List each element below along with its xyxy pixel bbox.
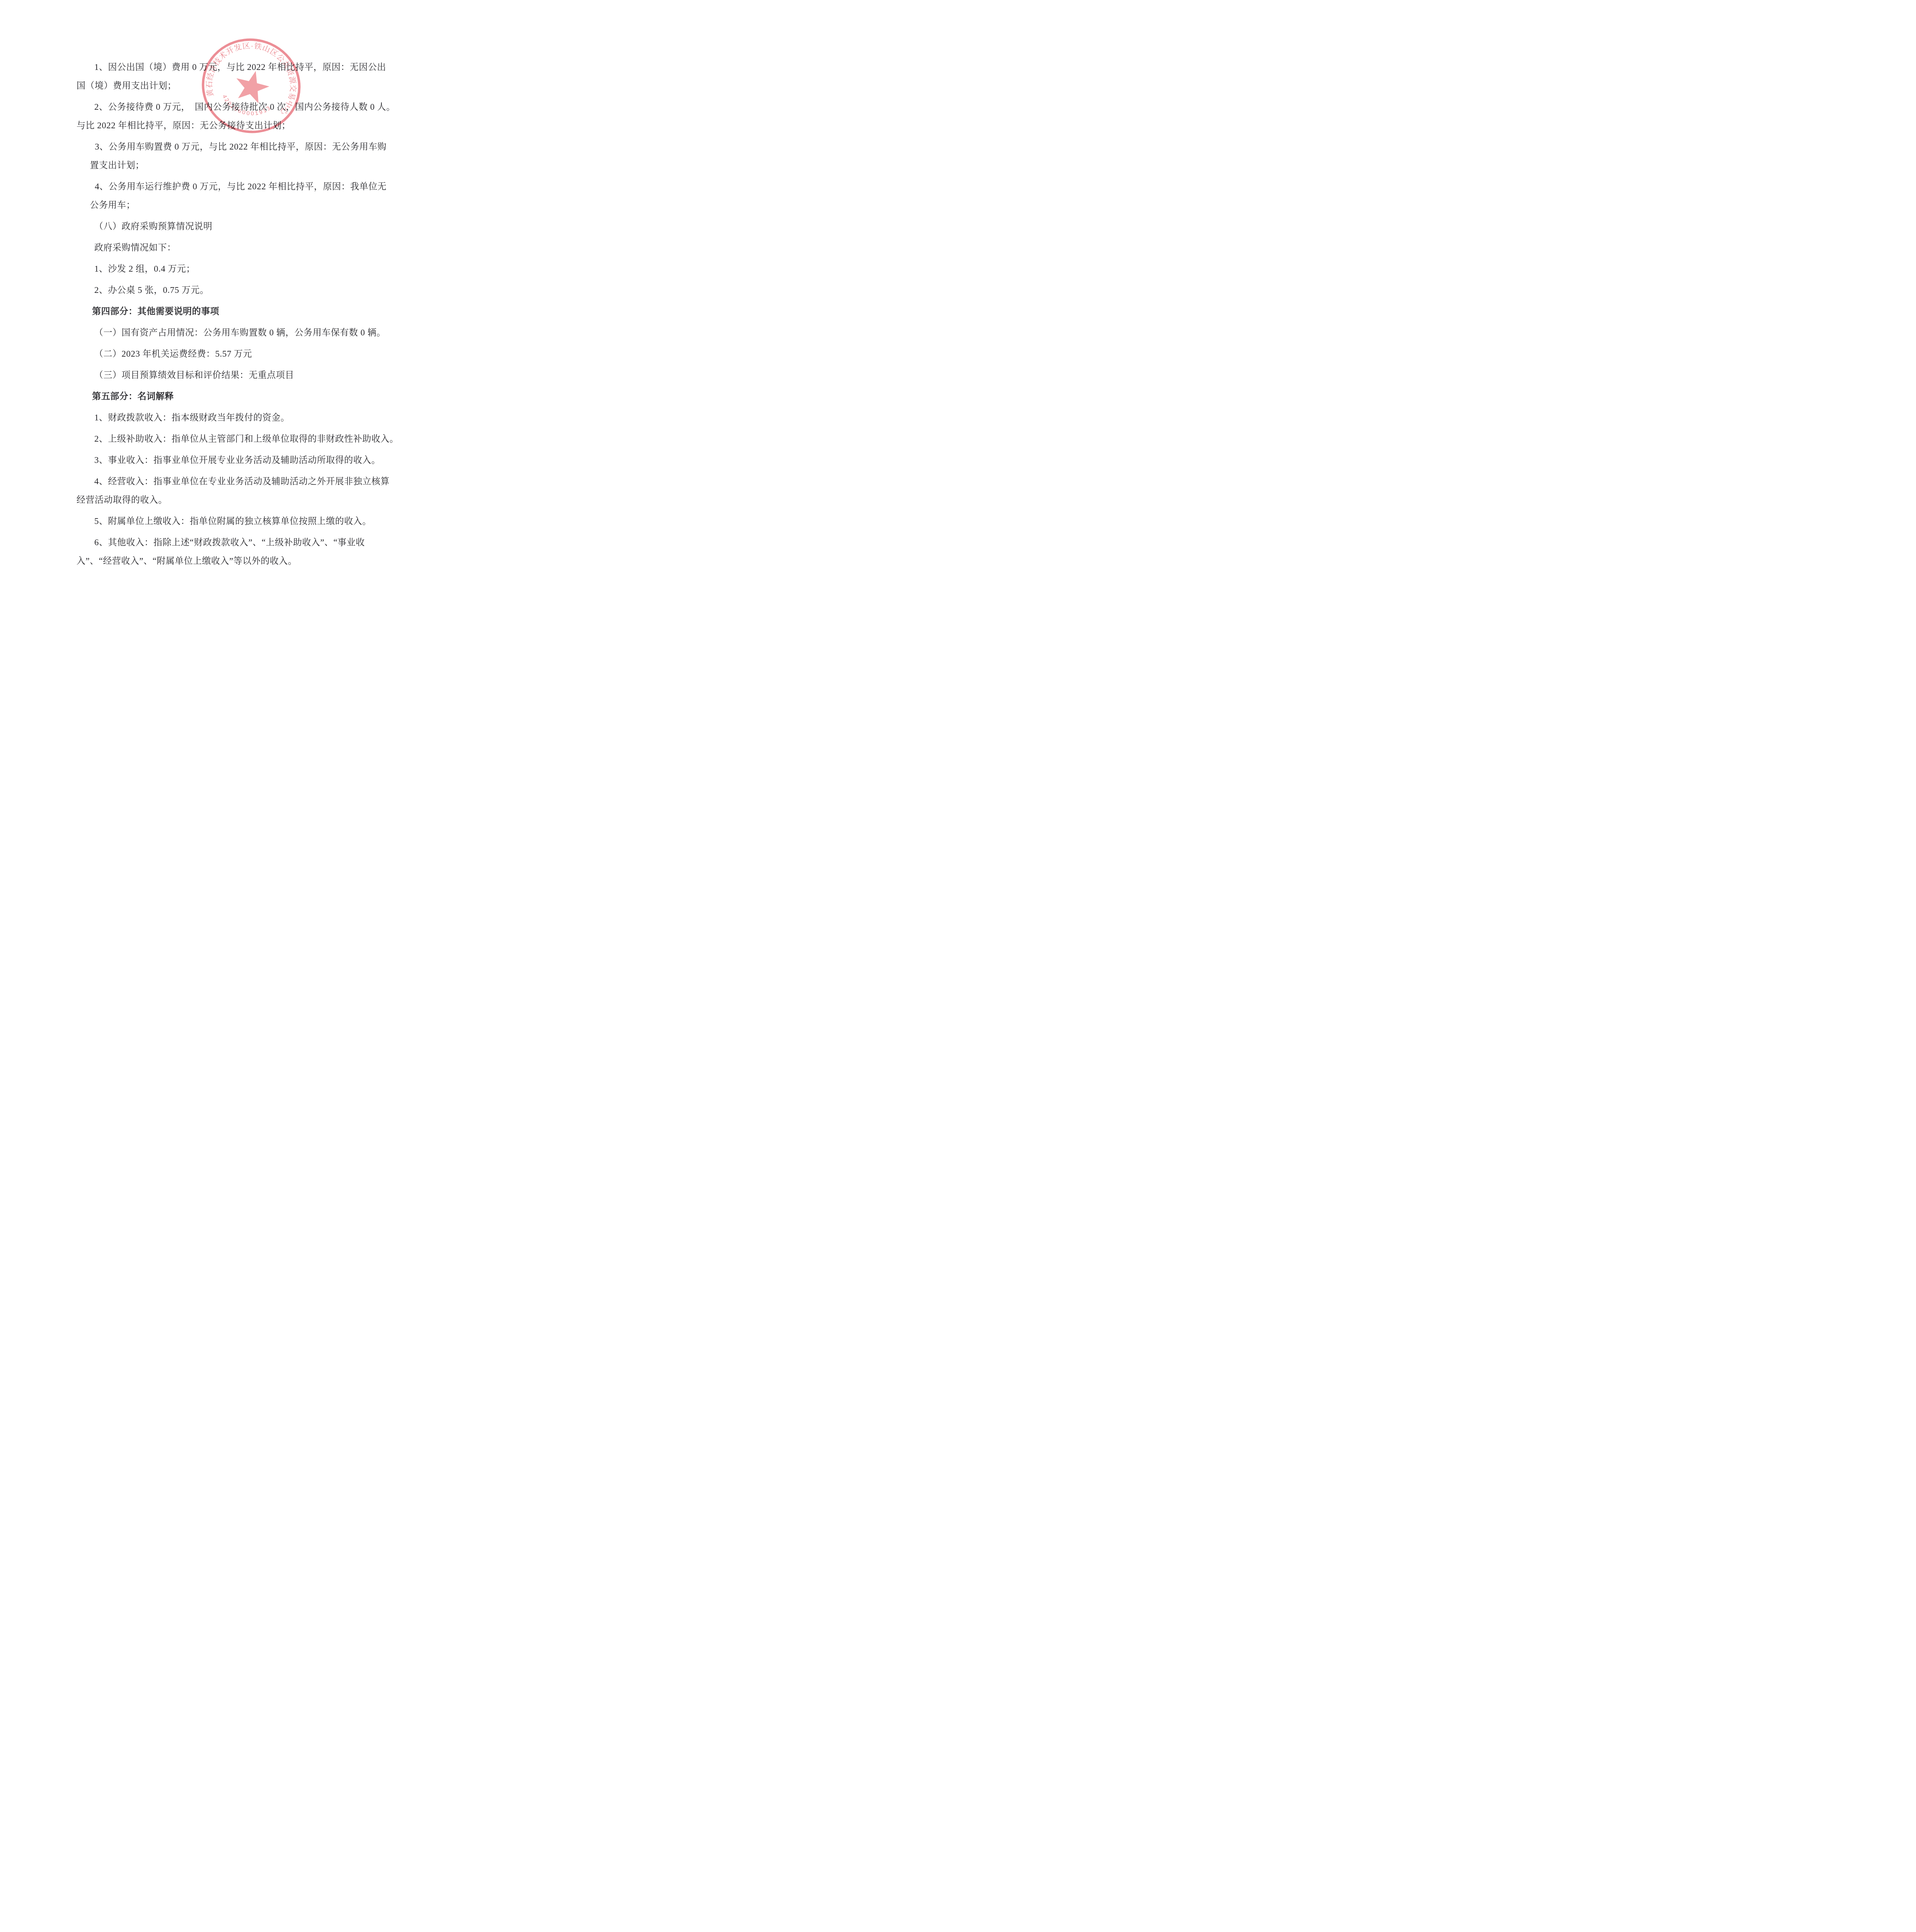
document-page: 1、因公出国（境）费用 0 万元，与比 2022 年相比持平，原因：无因公出 国… <box>0 0 479 677</box>
paragraph: 2、办公桌 5 张，0.75 万元。 <box>77 281 418 299</box>
paragraph: （八）政府采购预算情况说明 <box>77 217 418 236</box>
paragraph: 1、因公出国（境）费用 0 万元，与比 2022 年相比持平，原因：无因公出 国… <box>77 58 418 95</box>
paragraph: 2、公务接待费 0 万元， 国内公务接待批次 0 次，国内公务接待人数 0 人。… <box>77 98 418 135</box>
paragraph: 1、财政拨款收入：指本级财政当年拨付的资金。 <box>77 408 418 427</box>
paragraph: （二）2023 年机关运费经费：5.57 万元 <box>77 345 418 363</box>
paragraph: 3、事业收入：指事业单位开展专业业务活动及辅助活动所取得的收入。 <box>77 451 418 469</box>
section-heading: 第四部分：其他需要说明的事项 <box>77 302 418 321</box>
paragraph: 4、经营收入：指事业单位在专业业务活动及辅助活动之外开展非独立核算 经营活动取得… <box>77 472 418 509</box>
paragraph: 3、公务用车购置费 0 万元，与比 2022 年相比持平，原因：无公务用车购 置… <box>77 138 418 175</box>
paragraph: 1、沙发 2 组，0.4 万元； <box>77 260 418 278</box>
paragraph: 4、公务用车运行维护费 0 万元，与比 2022 年相比持平，原因：我单位无 公… <box>77 177 418 214</box>
paragraph: 政府采购情况如下： <box>77 238 418 257</box>
document-content: 1、因公出国（境）费用 0 万元，与比 2022 年相比持平，原因：无因公出 国… <box>77 58 418 573</box>
paragraph: （一）国有资产占用情况：公务用车购置数 0 辆，公务用车保有数 0 辆。 <box>77 323 418 342</box>
section-heading: 第五部分：名词解释 <box>77 387 418 406</box>
paragraph: （三）项目预算绩效目标和评价结果：无重点项目 <box>77 366 418 384</box>
paragraph: 6、其他收入：指除上述“财政拨款收入”、“上级补助收入”、“事业收 入”、“经营… <box>77 533 418 570</box>
paragraph: 2、上级补助收入：指单位从主管部门和上级单位取得的非财政性补助收入。 <box>77 430 418 448</box>
paragraph: 5、附属单位上缴收入：指单位附属的独立核算单位按照上缴的收入。 <box>77 512 418 531</box>
